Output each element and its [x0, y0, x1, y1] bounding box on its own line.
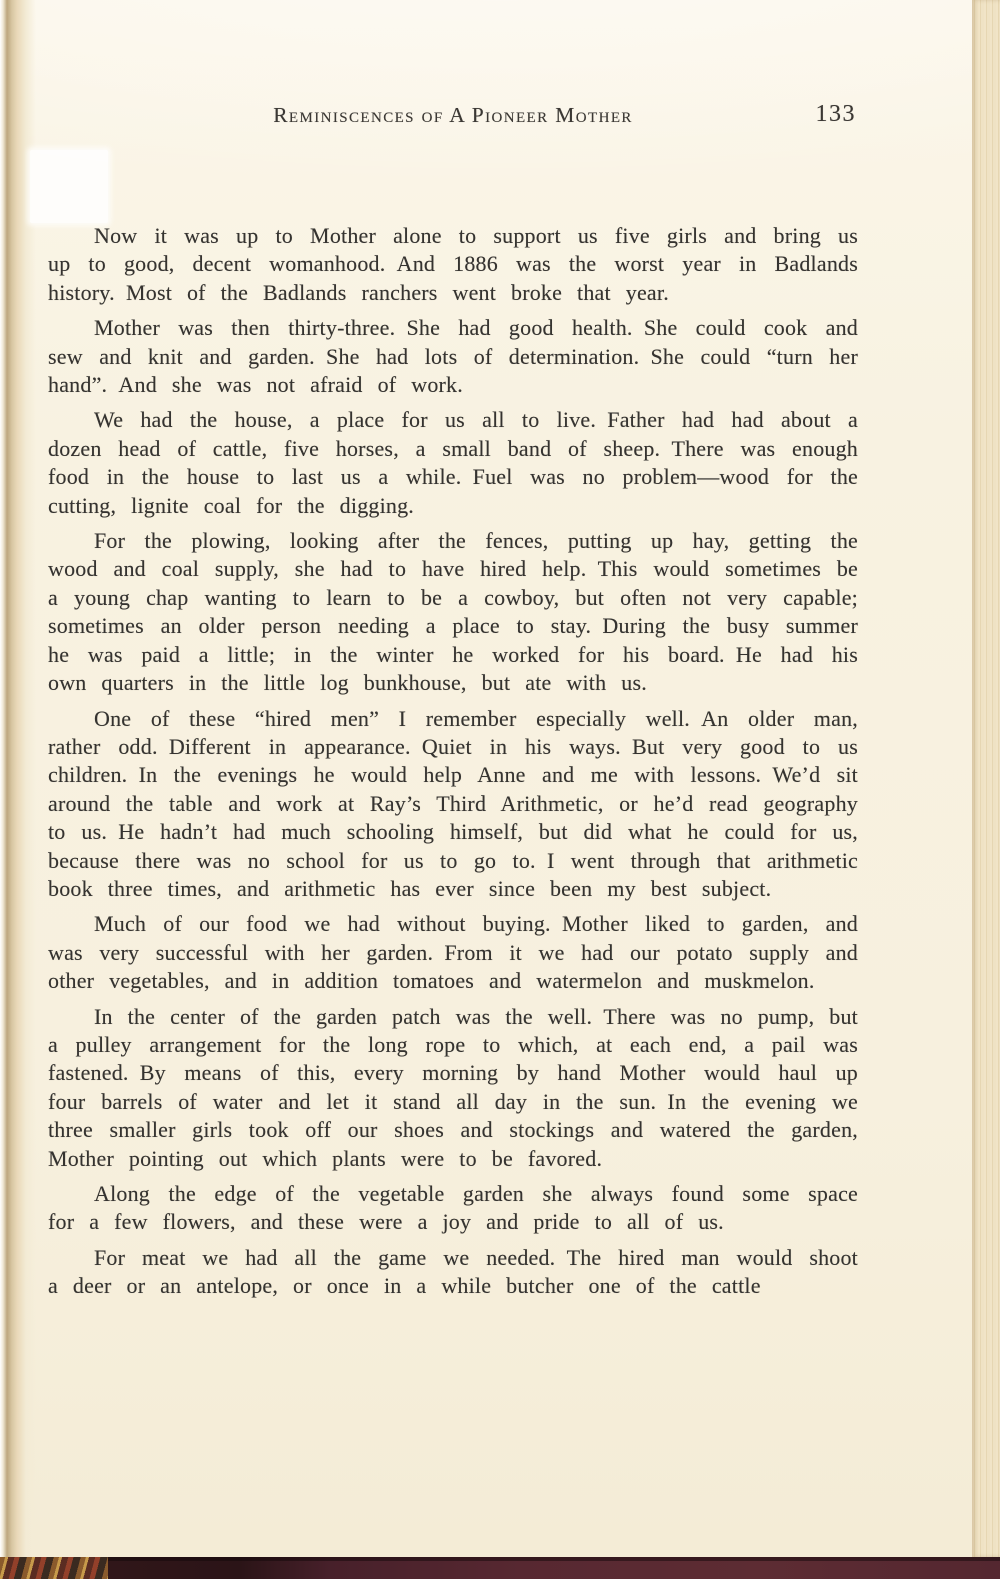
- paragraph: Much of our food we had without buying. …: [48, 910, 858, 995]
- paragraph: One of these “hired men” I remember espe…: [48, 705, 858, 904]
- book-cover-band: [0, 1557, 1000, 1579]
- paragraph: For the plowing, looking after the fence…: [48, 527, 858, 697]
- paragraph: For meat we had all the game we needed. …: [48, 1244, 858, 1301]
- paragraph: Now it was up to Mother alone to support…: [48, 222, 858, 307]
- book-page: Reminiscences of A Pioneer Mother 133 No…: [0, 0, 1000, 1557]
- page-number: 133: [816, 101, 857, 128]
- paragraph: We had the house, a place for us all to …: [48, 406, 858, 520]
- paragraph: Mother was then thirty-three. She had go…: [48, 314, 858, 399]
- book-cover-corner-pattern: [0, 1557, 108, 1579]
- running-title: Reminiscences of A Pioneer Mother: [48, 103, 858, 128]
- scan-artifact-patch: [30, 150, 108, 223]
- paragraph: In the center of the garden patch was th…: [48, 1003, 858, 1173]
- page-header: Reminiscences of A Pioneer Mother 133: [48, 103, 858, 137]
- body-text: Now it was up to Mother alone to support…: [48, 222, 858, 1308]
- paragraph: Along the edge of the vegetable garden s…: [48, 1180, 858, 1237]
- scanned-book-photo: Reminiscences of A Pioneer Mother 133 No…: [0, 0, 1000, 1579]
- book-gutter-shadow: [0, 0, 36, 1557]
- page-edge-strip: [972, 0, 1000, 1557]
